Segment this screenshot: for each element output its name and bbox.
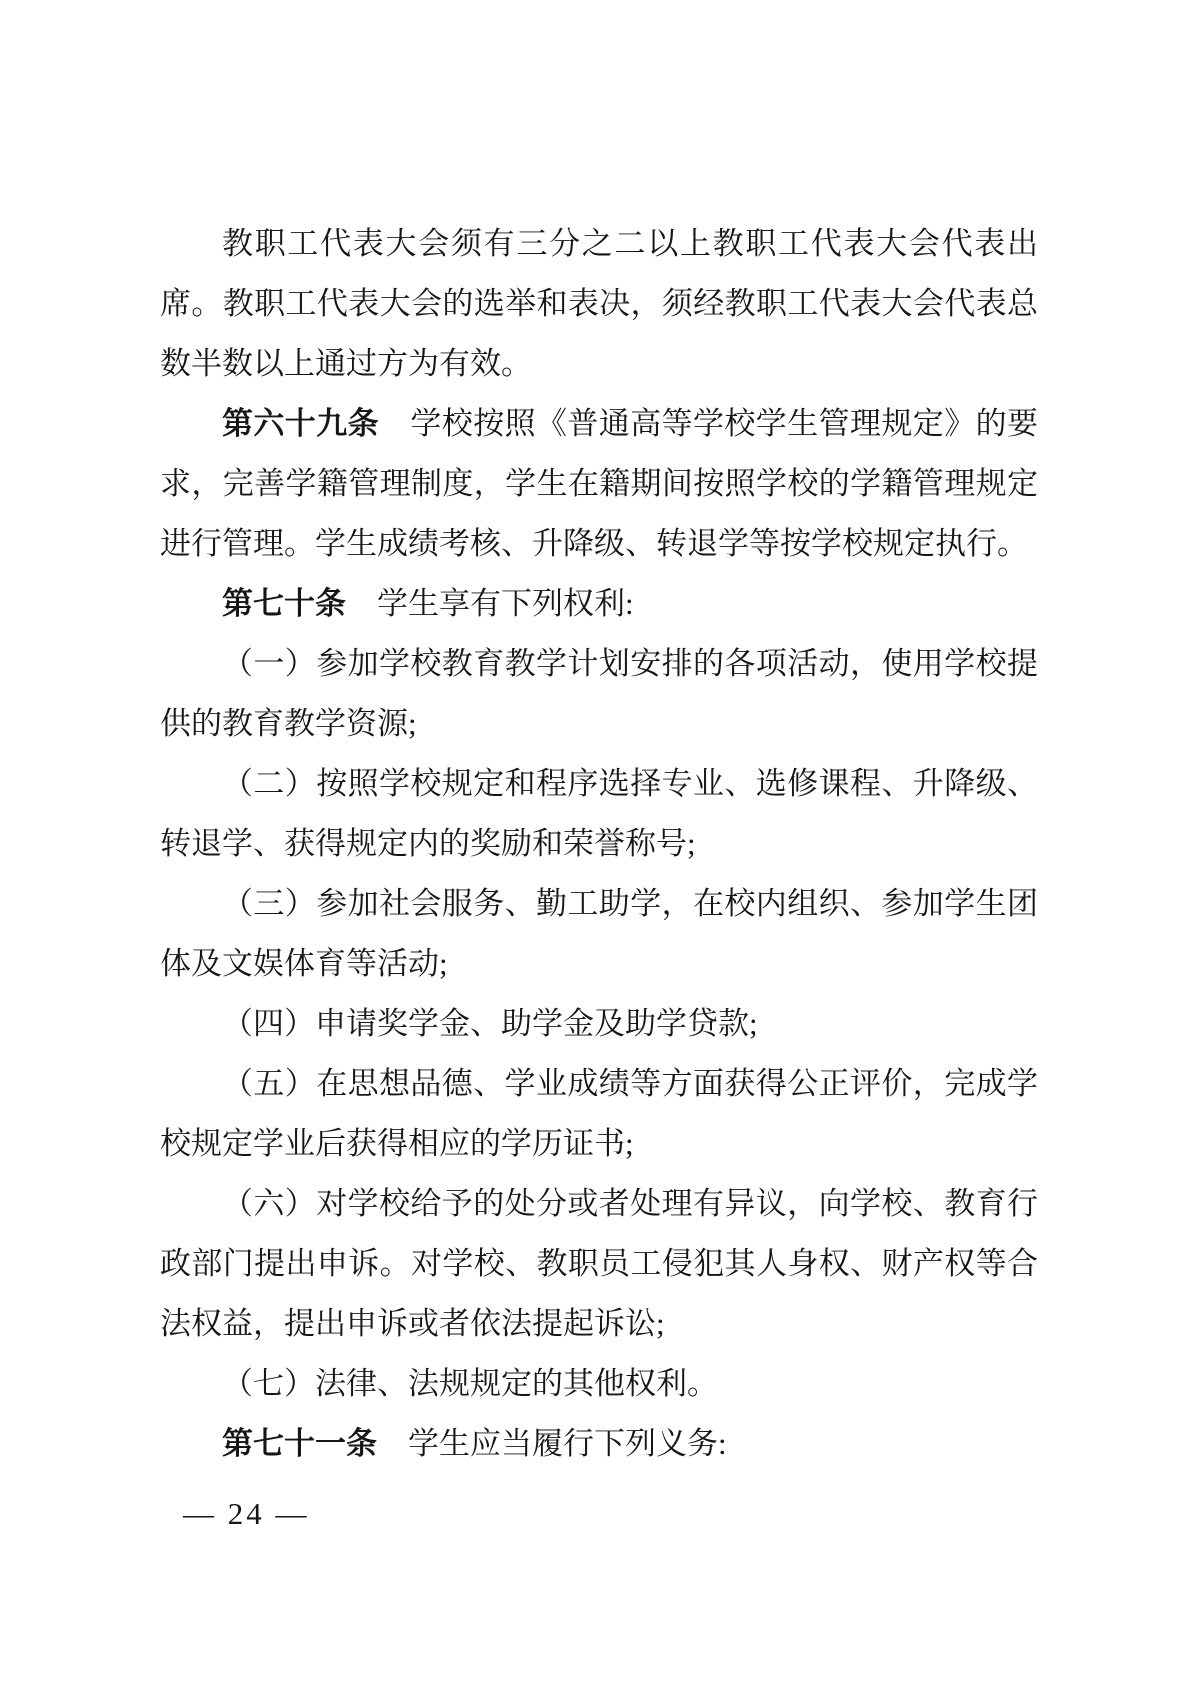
article-70: 第七十条 学生享有下列权利: <box>160 574 1038 634</box>
text-line: 第七十一条 学生应当履行下列义务: <box>160 1414 1038 1474</box>
text-line: 数半数以上通过方为有效。 <box>160 334 1038 394</box>
item-3: （三）参加社会服务、勤工助学，在校内组织、参加学生团体及文娱体育等活动; <box>160 874 1038 994</box>
text-line: 教职工代表大会须有三分之二以上教职工代表大会代表出 <box>160 214 1038 274</box>
text-line: 校规定学业后获得相应的学历证书; <box>160 1114 1038 1174</box>
article-number-heading: 第七十条 <box>222 586 346 621</box>
item-5: （五）在思想品德、学业成绩等方面获得公正评价，完成学校规定学业后获得相应的学历证… <box>160 1054 1038 1174</box>
item-2: （二）按照学校规定和程序选择专业、选修课程、升降级、转退学、获得规定内的奖励和荣… <box>160 754 1038 874</box>
article-number-heading: 第七十一条 <box>222 1426 377 1461</box>
document-body: 教职工代表大会须有三分之二以上教职工代表大会代表出席。教职工代表大会的选举和表决… <box>160 214 1038 1474</box>
item-7: （七）法律、法规规定的其他权利。 <box>160 1354 1038 1414</box>
paragraph-text: 学生应当履行下列义务: <box>408 1426 727 1461</box>
item-1: （一）参加学校教育教学计划安排的各项活动，使用学校提供的教育教学资源; <box>160 634 1038 754</box>
paragraph-text: 学生享有下列权利: <box>377 586 634 621</box>
para-staff-congress-quorum: 教职工代表大会须有三分之二以上教职工代表大会代表出席。教职工代表大会的选举和表决… <box>160 214 1038 394</box>
text-line: 体及文娱体育等活动; <box>160 934 1038 994</box>
article-69: 第六十九条 学校按照《普通高等学校学生管理规定》的要求，完善学籍管理制度，学生在… <box>160 394 1038 574</box>
text-line: 法权益，提出申诉或者依法提起诉讼; <box>160 1294 1038 1354</box>
text-line: 供的教育教学资源; <box>160 694 1038 754</box>
paragraph-text: 学校按照《普通高等学校学生管理规定》的要 <box>410 406 1038 441</box>
text-line: 转退学、获得规定内的奖励和荣誉称号; <box>160 814 1038 874</box>
document-page: 教职工代表大会须有三分之二以上教职工代表大会代表出席。教职工代表大会的选举和表决… <box>0 0 1191 1684</box>
article-71: 第七十一条 学生应当履行下列义务: <box>160 1414 1038 1474</box>
text-line: （一）参加学校教育教学计划安排的各项活动，使用学校提 <box>160 634 1038 694</box>
text-line: 求，完善学籍管理制度，学生在籍期间按照学校的学籍管理规定 <box>160 454 1038 514</box>
text-line: （六）对学校给予的处分或者处理有异议，向学校、教育行 <box>160 1174 1038 1234</box>
text-line: 第七十条 学生享有下列权利: <box>160 574 1038 634</box>
text-line: 进行管理。学生成绩考核、升降级、转退学等按学校规定执行。 <box>160 514 1038 574</box>
text-line: 席。教职工代表大会的选举和表决，须经教职工代表大会代表总 <box>160 274 1038 334</box>
item-6: （六）对学校给予的处分或者处理有异议，向学校、教育行政部门提出申诉。对学校、教职… <box>160 1174 1038 1354</box>
page-number: — 24 — <box>183 1492 310 1536</box>
text-line: 政部门提出申诉。对学校、教职员工侵犯其人身权、财产权等合 <box>160 1234 1038 1294</box>
text-line: （七）法律、法规规定的其他权利。 <box>160 1354 1038 1414</box>
text-line: （五）在思想品德、学业成绩等方面获得公正评价，完成学 <box>160 1054 1038 1114</box>
text-line: （三）参加社会服务、勤工助学，在校内组织、参加学生团 <box>160 874 1038 934</box>
heading-gap <box>346 586 377 621</box>
heading-gap <box>377 1426 408 1461</box>
text-line: （二）按照学校规定和程序选择专业、选修课程、升降级、 <box>160 754 1038 814</box>
item-4: （四）申请奖学金、助学金及助学贷款; <box>160 994 1038 1054</box>
article-number-heading: 第六十九条 <box>222 406 379 441</box>
text-line: （四）申请奖学金、助学金及助学贷款; <box>160 994 1038 1054</box>
text-line: 第六十九条 学校按照《普通高等学校学生管理规定》的要 <box>160 394 1038 454</box>
heading-gap <box>379 406 410 441</box>
